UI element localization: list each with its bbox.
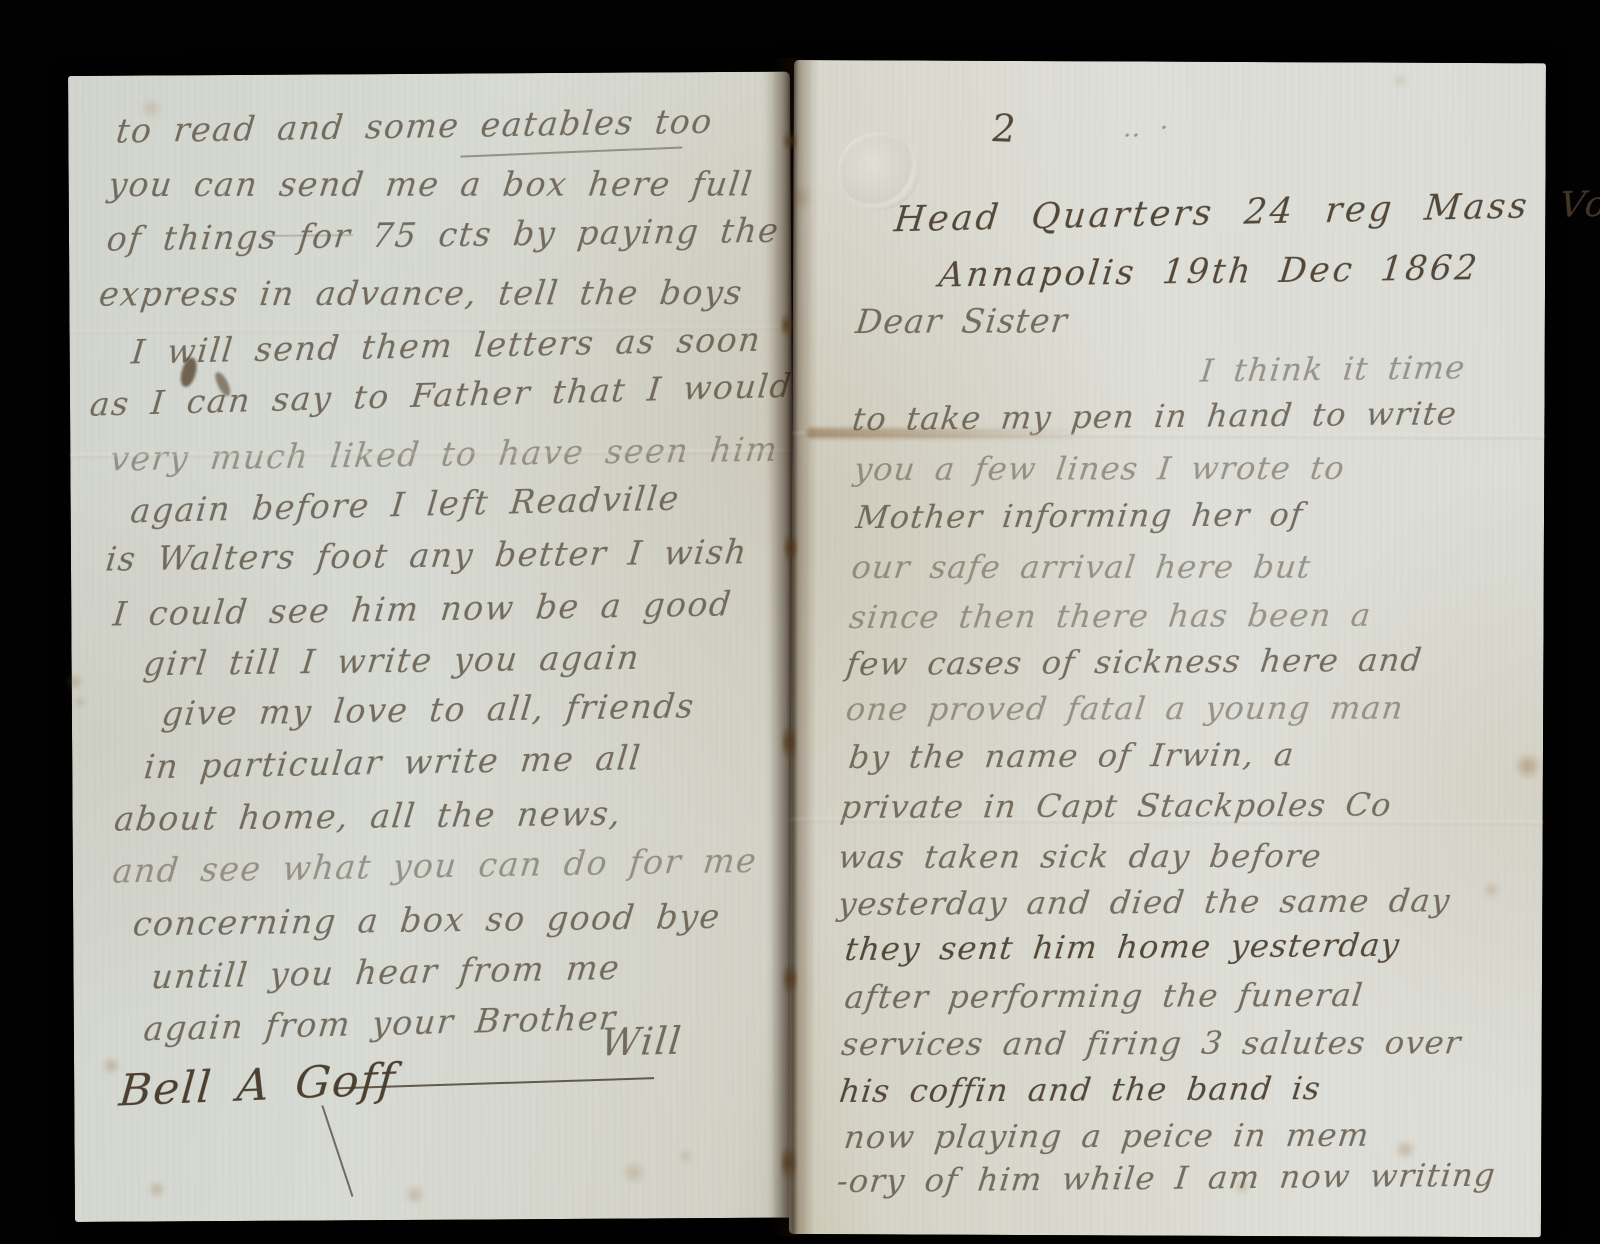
handwritten-line: now playing a peice in mem xyxy=(842,1116,1372,1156)
right-page: 2 ‥ · Head Quarters 24 reg Mass Vol Anna… xyxy=(789,60,1546,1237)
stain xyxy=(102,1058,120,1074)
left-page: to read and some eatables too you can se… xyxy=(68,72,797,1222)
handwritten-line: in particular write me all xyxy=(142,738,643,786)
header-line: Head Quarters 24 reg Mass Vol xyxy=(892,185,1600,241)
salutation: Dear Sister xyxy=(854,301,1071,341)
handwritten-line: give my love to all, friends xyxy=(160,687,697,734)
handwritten-line: few cases of sickness here and xyxy=(844,641,1424,683)
handwritten-line: I could see him now be a good xyxy=(111,584,734,633)
handwritten-line: untill you hear from me xyxy=(150,948,623,996)
stain xyxy=(789,182,811,212)
stain xyxy=(1482,883,1500,897)
stain xyxy=(74,696,86,708)
signer-name: Will xyxy=(599,1019,685,1065)
handwritten-line: his coffin and the band is xyxy=(837,1069,1323,1110)
crease-stain xyxy=(806,428,1126,439)
handwritten-line: about home, all the news, xyxy=(112,794,623,839)
handwritten-line: -ory of him while I am now writing xyxy=(835,1156,1498,1200)
handwritten-line: concerning a box so good bye xyxy=(131,897,723,944)
handwritten-line: one proved fatal a young man xyxy=(844,689,1406,728)
handwritten-line: to read and some eatables too xyxy=(114,102,715,151)
stain xyxy=(138,97,164,119)
page-number: 2 xyxy=(988,106,1020,151)
underline-mark xyxy=(460,147,682,158)
handwritten-line: again from your Brother xyxy=(142,998,619,1048)
letter-photo: to read and some eatables too you can se… xyxy=(0,0,1600,1244)
stain xyxy=(1233,1180,1251,1194)
handwritten-line: you a few lines I wrote to xyxy=(852,449,1347,488)
handwritten-line: was taken sick day before xyxy=(836,837,1324,876)
handwritten-line: express in advance, tell the boys xyxy=(97,273,745,314)
handwritten-line: they sent him home yesterday xyxy=(843,926,1402,968)
handwritten-line: is Walters foot any better I wish xyxy=(104,532,750,578)
handwritten-line: you can send me a box here full xyxy=(106,164,755,204)
signature: Bell A Goff xyxy=(117,1054,398,1116)
flourish-descender xyxy=(321,1105,353,1197)
stain xyxy=(620,1162,648,1182)
handwritten-line: yesterday and died the same day xyxy=(836,881,1453,923)
stain xyxy=(1393,1141,1417,1159)
handwritten-line: services and firing 3 salutes over xyxy=(839,1024,1463,1064)
handwritten-line: girl till I write you again xyxy=(141,638,642,684)
header-line: Annapolis 19th Dec 1862 xyxy=(937,249,1482,296)
stain xyxy=(1513,753,1543,779)
handwritten-line: again before I left Readville xyxy=(129,479,682,531)
handwritten-line: after performing the funeral xyxy=(843,976,1366,1016)
stain xyxy=(66,674,84,690)
stain xyxy=(147,1181,167,1197)
handwritten-line: our safe arrival here but xyxy=(849,548,1313,586)
embossed-seal xyxy=(837,132,919,210)
handwritten-line: since then there has been a xyxy=(847,596,1373,636)
stain xyxy=(403,1186,427,1204)
handwritten-line: of things for 75 cts by paying the xyxy=(105,211,782,259)
handwritten-line: by the name of Irwin, a xyxy=(847,736,1297,777)
handwritten-line: I think it time xyxy=(1199,348,1468,389)
stain xyxy=(1392,75,1408,87)
handwritten-line: Mother informing her of xyxy=(854,496,1306,537)
handwritten-line: and see what you can do for me xyxy=(111,841,760,891)
ink-dots: ‥ · xyxy=(1122,113,1171,143)
stain xyxy=(679,1150,693,1162)
